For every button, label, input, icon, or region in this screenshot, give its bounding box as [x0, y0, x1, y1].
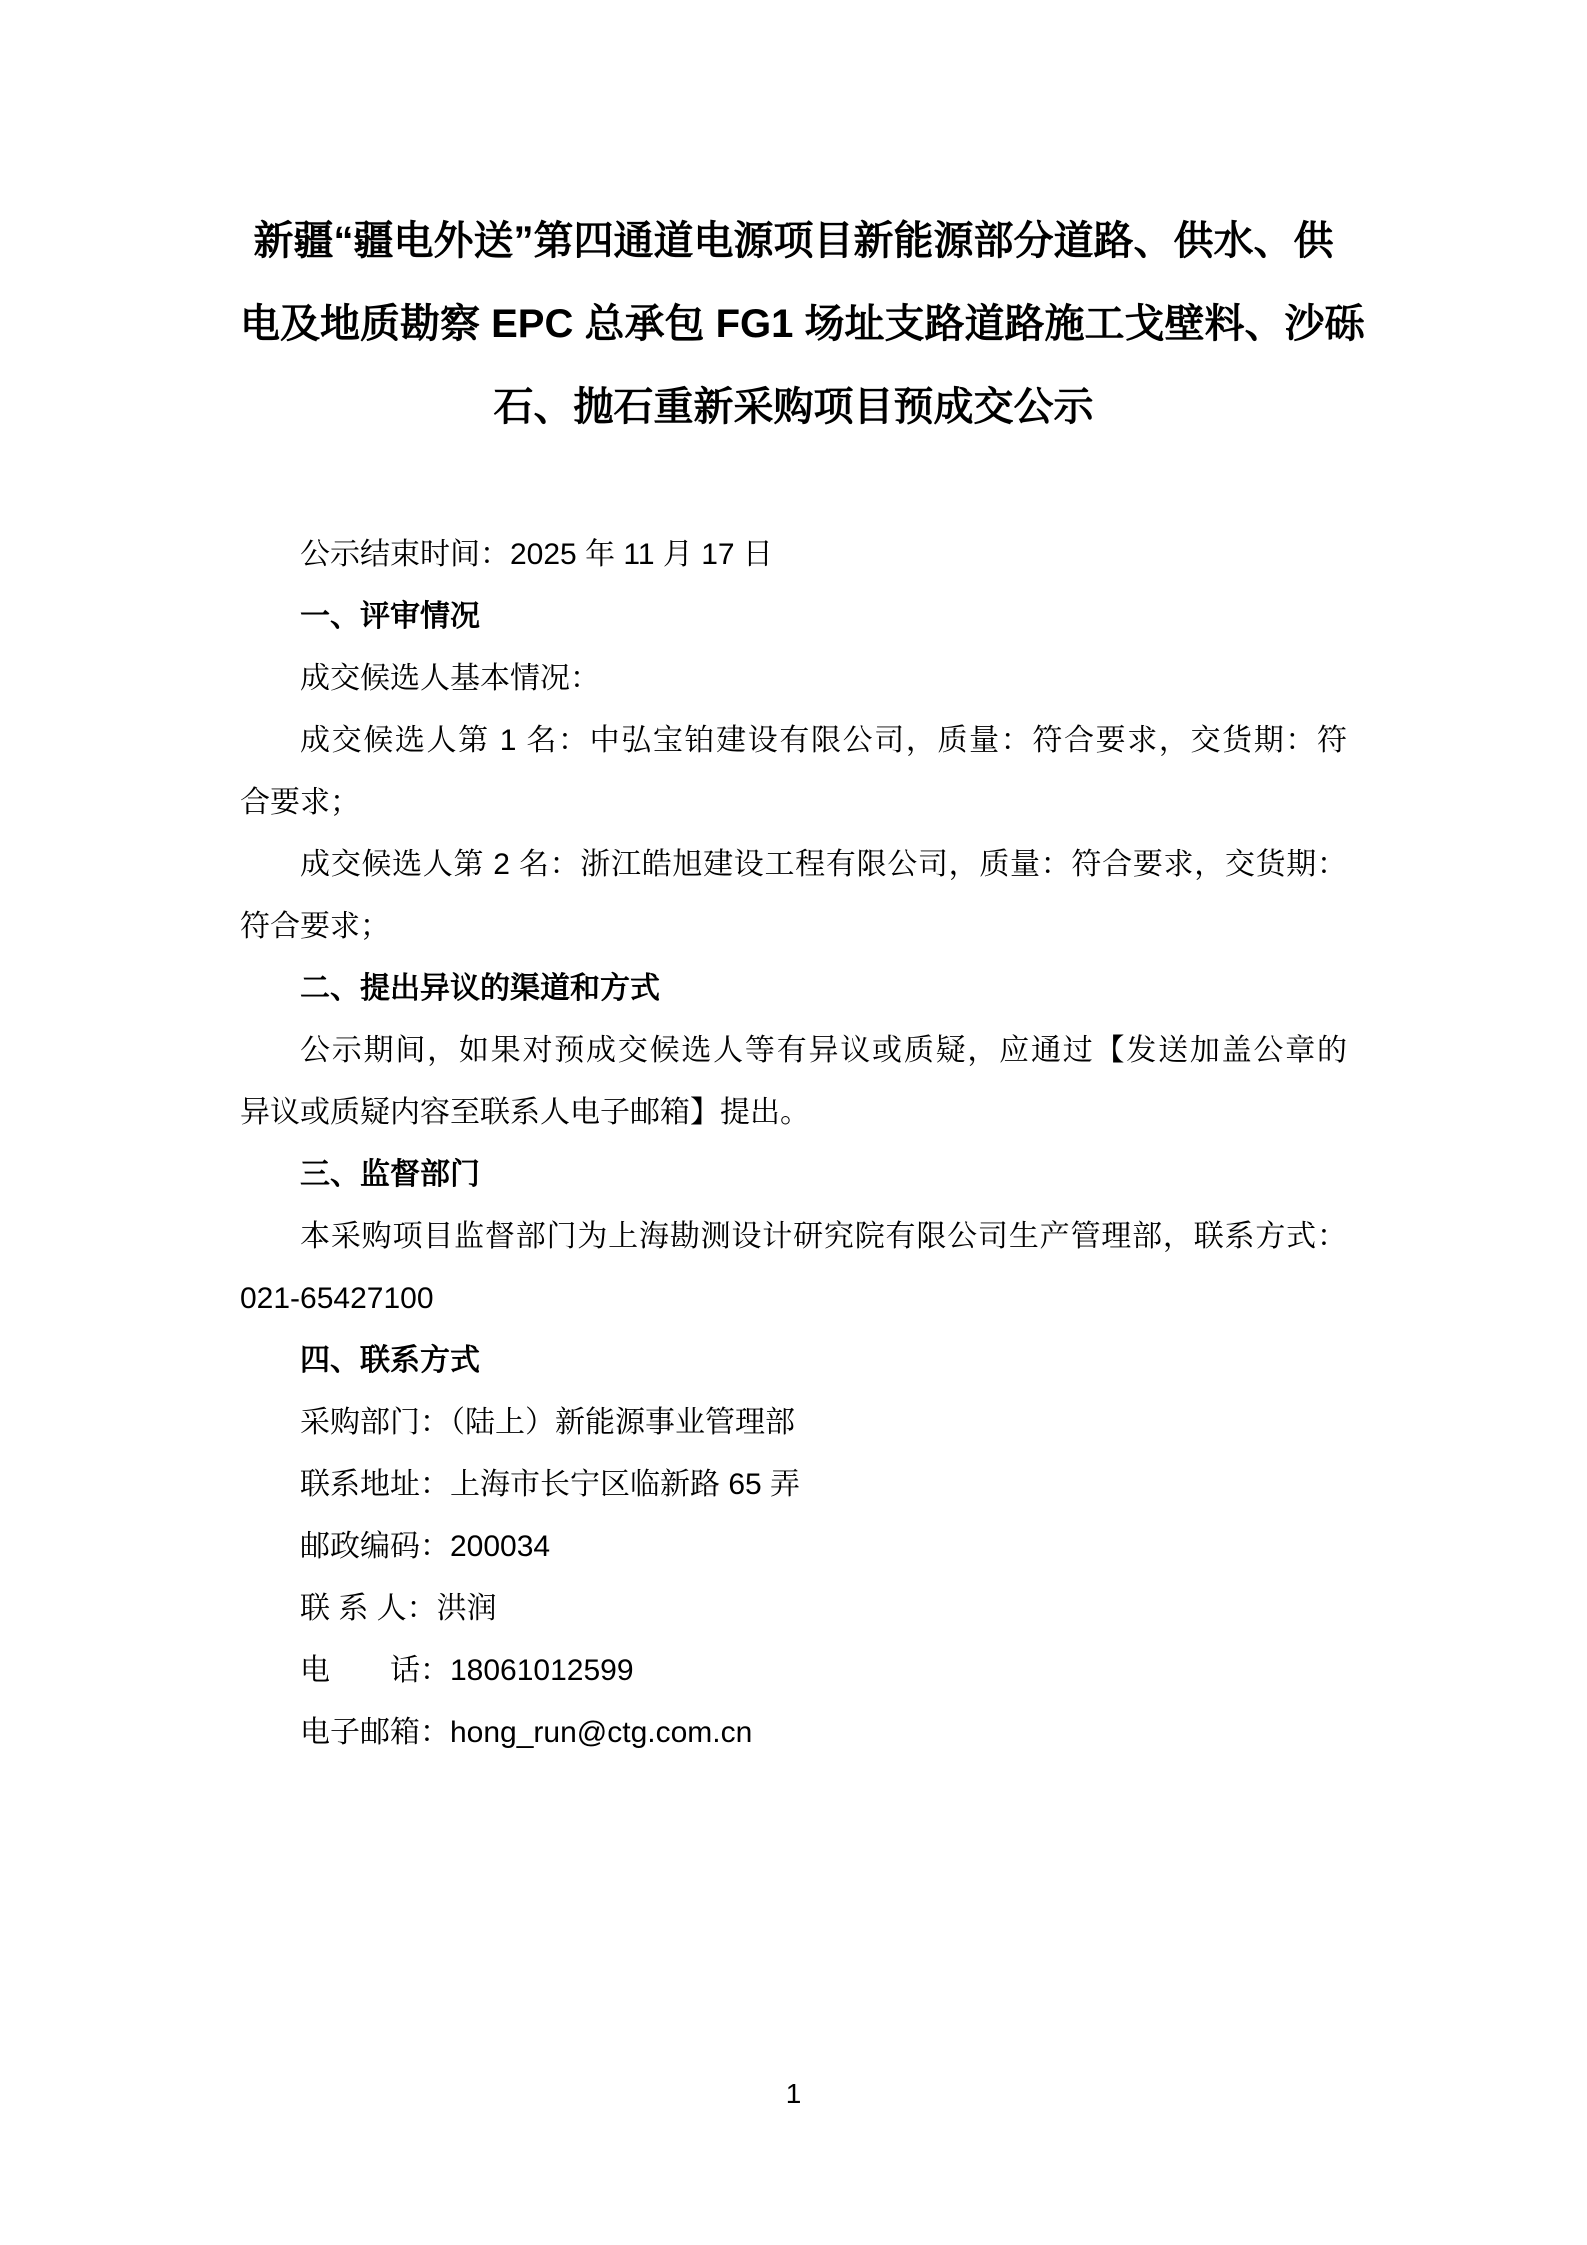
- document-content: 新疆“疆电外送”第四通道电源项目新能源部分道路、供水、供 电及地质勘察 EPC …: [0, 0, 1587, 1764]
- section-heading-1: 一、评审情况: [240, 586, 1347, 648]
- document-body: 公示结束时间：2025 年 11 月 17 日 一、评审情况 成交候选人基本情况…: [240, 524, 1347, 1764]
- objection-line-2: 异议或质疑内容至联系人电子邮箱】提出。: [240, 1082, 1347, 1144]
- candidate-2-line-1: 成交候选人第 2 名：浙江皓旭建设工程有限公司，质量：符合要求，交货期：: [240, 834, 1347, 896]
- contact-phone-line: 电 话：18061012599: [240, 1640, 1347, 1702]
- supervision-line-1: 本采购项目监督部门为上海勘测设计研究院有限公司生产管理部，联系方式：: [240, 1206, 1347, 1268]
- candidate-2-line-2: 符合要求；: [240, 896, 1347, 958]
- objection-line-1: 公示期间，如果对预成交候选人等有异议或质疑，应通过【发送加盖公章的: [240, 1020, 1347, 1082]
- section-heading-4: 四、联系方式: [240, 1330, 1347, 1392]
- document-page: 新疆“疆电外送”第四通道电源项目新能源部分道路、供水、供 电及地质勘察 EPC …: [0, 0, 1587, 2245]
- contact-person-line: 联 系 人：洪润: [240, 1578, 1347, 1640]
- contact-email-line: 电子邮箱：hong_run@ctg.com.cn: [240, 1702, 1347, 1764]
- document-title-line-1: 新疆“疆电外送”第四通道电源项目新能源部分道路、供水、供: [240, 200, 1347, 283]
- document-title-line-3: 石、抛石重新采购项目预成交公示: [240, 366, 1347, 449]
- section-heading-3: 三、监督部门: [240, 1144, 1347, 1206]
- document-title: 新疆“疆电外送”第四通道电源项目新能源部分道路、供水、供 电及地质勘察 EPC …: [240, 0, 1347, 449]
- candidate-1-line-1: 成交候选人第 1 名：中弘宝铂建设有限公司，质量：符合要求，交货期：符: [240, 710, 1347, 772]
- section-heading-2: 二、提出异议的渠道和方式: [240, 958, 1347, 1020]
- supervision-phone-line: 021-65427100: [240, 1268, 1347, 1330]
- page-number-footer: 1: [0, 2080, 1587, 2108]
- contact-postcode-line: 邮政编码：200034: [240, 1516, 1347, 1578]
- contact-department-line: 采购部门：（陆上）新能源事业管理部: [240, 1392, 1347, 1454]
- deadline-line: 公示结束时间：2025 年 11 月 17 日: [240, 524, 1347, 586]
- candidate-intro-line: 成交候选人基本情况：: [240, 648, 1347, 710]
- contact-address-line: 联系地址：上海市长宁区临新路 65 弄: [240, 1454, 1347, 1516]
- candidate-1-line-2: 合要求；: [240, 772, 1347, 834]
- document-title-line-2: 电及地质勘察 EPC 总承包 FG1 场址支路道路施工戈壁料、沙砾: [240, 283, 1347, 366]
